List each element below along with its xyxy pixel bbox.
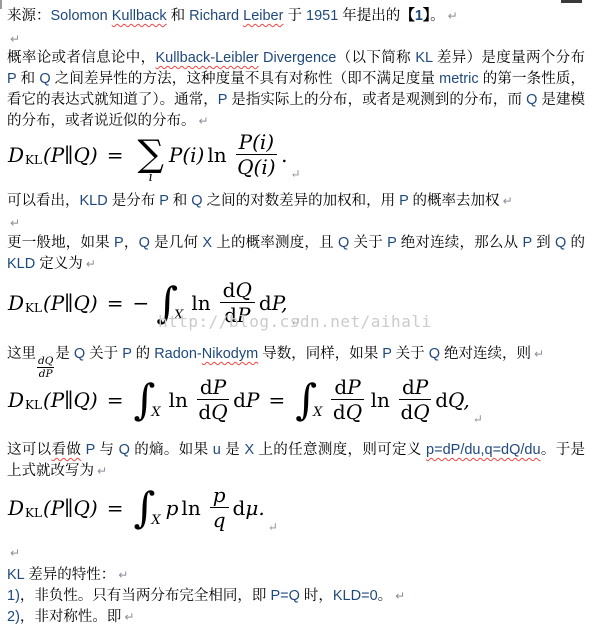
text-run: 差异）是度量两个分布	[433, 50, 586, 66]
text-run: 关于	[85, 346, 122, 362]
differential-d: d	[233, 388, 246, 412]
denominator: Q(i)	[237, 155, 275, 178]
formula-kld-discrete: DKL(P∥Q) = ∑ i P(i) ln P(i) Q(i) . ↵	[8, 131, 301, 178]
math-args: (P∥Q)	[43, 143, 98, 167]
differential-term: dQ,	[435, 388, 470, 412]
text-before-fraction: 这里	[7, 346, 36, 362]
integral-symbol: ∫ X	[133, 485, 164, 531]
text-run: Richard	[189, 8, 243, 24]
pilcrow-mark: ↵	[199, 114, 209, 128]
text-run: 之间的对数差异的加权和，用	[203, 193, 400, 209]
ln-operator: ln	[207, 143, 226, 167]
numerator: p	[210, 484, 229, 508]
differential-term: dμ.	[233, 496, 265, 520]
text-run: 与	[95, 442, 119, 458]
text-run: 和	[16, 71, 39, 87]
text-run: p=dP/du,q=dQ/du	[426, 442, 541, 458]
text-run: P	[218, 92, 227, 108]
integral-domain: X	[151, 405, 160, 420]
math-term: P(i)	[169, 143, 204, 167]
equals-sign: =	[107, 388, 124, 412]
differential-d: d	[333, 400, 346, 424]
fraction: p q	[210, 484, 229, 531]
math-sub-KL: KL	[25, 398, 42, 412]
text-run: 的	[132, 346, 155, 362]
ln-operator: ln	[191, 291, 210, 315]
paragraph-weighted-sum: 可以看出，KLD 是分布 P 和 Q 之间的对数差异的加权和，用 P 的概率去加…	[7, 191, 585, 212]
math-sub-KL: KL	[25, 301, 42, 315]
pilcrow-mark: ↵	[10, 32, 20, 46]
numerator-var: P	[415, 375, 428, 399]
math-args: (P∥Q)	[43, 291, 98, 315]
text-run: P	[122, 346, 131, 362]
word-document-page: 来源：Solomon Kullback 和 Richard Leiber 于 1…	[0, 0, 589, 629]
text-run: 和	[169, 193, 192, 209]
text-run: u	[213, 442, 221, 458]
text-run: 是	[221, 442, 245, 458]
pilcrow-mark: ↵	[534, 347, 544, 361]
text-run: KL	[7, 567, 24, 583]
window-edge-fragment	[561, 0, 582, 3]
sum-symbol: ∑ i	[137, 137, 163, 184]
text-run: X	[202, 235, 212, 251]
pilcrow-mark: ↵	[268, 520, 278, 534]
pilcrow-mark: ↵	[473, 412, 483, 426]
denominator: q	[213, 508, 226, 531]
text-run: 1951	[306, 8, 338, 24]
fraction: dP dQ	[399, 376, 431, 423]
text-run: P	[522, 235, 531, 251]
pilcrow-mark: ↵	[97, 464, 107, 478]
numerator: dQ	[220, 279, 255, 303]
math-term: p	[166, 496, 179, 520]
numerator-var: Q	[235, 278, 251, 302]
denominator: dQ	[400, 400, 429, 423]
equals-sign: =	[107, 143, 124, 167]
text-run: 这可以	[7, 442, 52, 458]
text-run: P=Q	[270, 588, 299, 604]
pilcrow-mark: ↵	[86, 257, 96, 271]
inline-numerator: dQ	[37, 356, 54, 368]
denominator-var: Q	[413, 400, 429, 424]
text-run: 。	[378, 588, 393, 604]
denominator-var: Q	[211, 400, 227, 424]
text-run: 定义为	[35, 256, 83, 272]
paragraph-source: 来源：Solomon Kullback 和 Richard Leiber 于 1…	[7, 6, 585, 27]
text-run: 是分布	[108, 193, 160, 209]
text-run: 之间差异性的方法，这种度量不具有对称性（即不满足度量	[51, 71, 440, 87]
text-run: 的	[566, 235, 585, 251]
empty-paragraph: ↵	[7, 213, 585, 234]
text-run: 到	[532, 235, 555, 251]
differential-d: d	[223, 278, 236, 302]
text-run: P	[159, 193, 168, 209]
pilcrow-mark: ↵	[124, 610, 134, 624]
text-run: 关于	[349, 235, 387, 251]
text-run: 导数，同样，如果	[258, 346, 382, 362]
text-run: 更一般地，如果	[7, 235, 114, 251]
text-run: 概率论或者信息论中，	[7, 50, 155, 66]
differential-d: d	[400, 400, 413, 424]
formula-kld-integral-double: DKL(P∥Q) = ∫ X ln dP dQ dP = ∫ X dP dQ l…	[8, 376, 483, 423]
text-run: Nikodym	[202, 346, 258, 362]
math-sub-KL: KL	[25, 153, 42, 167]
text-run: Solomon	[51, 8, 112, 24]
text-run: Q	[74, 346, 85, 362]
equals-sign: =	[107, 291, 124, 315]
text-run: 上的任意测度，则可定义	[254, 442, 426, 458]
paragraph-property-1: 1)，非负性。只有当两分布完全相同，即 P=Q 时，KLD=0。↵	[7, 586, 585, 607]
text-after-fraction: 是 Q 关于 P 的 Radon-Nikodym 导数，同样，如果 P 关于 Q…	[55, 346, 544, 362]
pilcrow-mark: ↵	[448, 9, 458, 23]
math-D: D	[8, 143, 24, 167]
text-run: 。	[430, 8, 445, 24]
text-run: 【	[400, 8, 415, 24]
text-run: KLD	[7, 256, 35, 272]
page-edge-fragment-left	[0, 0, 2, 9]
text-run: （以下简称	[336, 50, 415, 66]
numerator-var: P	[213, 375, 226, 399]
text-run: ，非对称性。即	[20, 609, 122, 625]
math-args: (P∥Q)	[43, 388, 98, 412]
differential-d: d	[198, 400, 211, 424]
ln-operator: ln	[371, 388, 390, 412]
text-run: Q	[338, 235, 349, 251]
math-args: (P∥Q)	[43, 496, 98, 520]
fraction: P(i) Q(i)	[236, 131, 277, 178]
text-run: metric	[439, 71, 478, 87]
text-run: Divergence	[259, 50, 337, 66]
denominator: dQ	[198, 400, 227, 423]
text-run: KL	[415, 50, 432, 66]
text-run: 绝对连续，那么从	[397, 235, 523, 251]
text-run: 年提出的	[338, 8, 400, 24]
math-D: D	[8, 291, 24, 315]
ln-operator: ln	[181, 496, 200, 520]
numerator: dP	[331, 376, 363, 400]
formula-kld-density: DKL(P∥Q) = ∫ X p ln p q dμ. ↵	[8, 484, 278, 531]
pilcrow-mark: ↵	[118, 568, 128, 582]
minus-sign: −	[132, 291, 149, 315]
text-run: 于	[283, 8, 306, 24]
sum-index: i	[149, 171, 153, 184]
text-run: P	[114, 235, 124, 251]
pilcrow-mark: ↵	[503, 194, 513, 208]
differential-d: d	[200, 375, 213, 399]
numerator: dP	[399, 376, 431, 400]
text-run: Q	[429, 346, 440, 362]
text-run: Leiber	[243, 8, 283, 24]
text-run: KLD	[80, 193, 108, 209]
integral-symbol: ∫ X	[295, 377, 326, 423]
differential-d: d	[259, 291, 272, 315]
text-run: Q	[526, 92, 537, 108]
text-run: 上的概率测度，且	[212, 235, 338, 251]
differential-d: d	[435, 388, 448, 412]
paragraph-entropy: 这可以看做 P 与 Q 的熵。如果 u 是 X 上的任意测度，则可定义 p=dP…	[7, 440, 585, 482]
period: .	[281, 143, 287, 167]
text-run: 是	[55, 346, 74, 362]
paragraph-property-2: 2)，非对称性。即↵	[7, 607, 585, 628]
integral-domain: X	[151, 513, 160, 528]
text-run: Q	[39, 71, 50, 87]
math-D: D	[8, 496, 24, 520]
integral-symbol: ∫ X	[133, 377, 164, 423]
paragraph-properties-heading: KL 差异的特性：↵	[7, 565, 585, 586]
text-run: 来源：	[7, 8, 51, 24]
text-run: Q	[191, 193, 202, 209]
text-run: 这里	[7, 346, 36, 362]
text-run: Kullback-Leibler	[155, 50, 258, 66]
differential-term: dP,	[259, 291, 288, 315]
text-run: 的概率去加权	[409, 193, 500, 209]
math-sub-KL: KL	[25, 506, 42, 520]
text-run: P	[7, 71, 16, 87]
text-run: P	[399, 193, 408, 209]
text-run: Kullback	[112, 8, 167, 24]
text-run: 关于	[392, 346, 429, 362]
text-run: 1)	[7, 588, 20, 604]
text-run: Q	[119, 442, 130, 458]
text-run: P	[382, 346, 391, 362]
paragraph-intro: 概率论或者信息论中，Kullback-Leibler Divergence（以下…	[7, 48, 585, 132]
pilcrow-mark: ↵	[290, 167, 300, 181]
text-run: 2)	[7, 609, 20, 625]
text-run: 差异的特性：	[24, 567, 115, 583]
equals-sign: =	[107, 496, 124, 520]
empty-paragraph: ↵	[7, 543, 585, 564]
differential-d: d	[402, 375, 415, 399]
differential-term: dP	[233, 388, 259, 412]
text-run: 看做	[52, 442, 82, 458]
fraction: dP dQ	[331, 376, 363, 423]
denominator: dQ	[333, 400, 362, 423]
text-run: 是指实际上的分布，或者是观测到的分布，而	[227, 92, 526, 108]
numerator-var: P	[347, 375, 360, 399]
text-run: Radon-	[154, 346, 202, 362]
pilcrow-mark: ↵	[395, 589, 405, 603]
math-D: D	[8, 388, 24, 412]
fraction: dP dQ	[197, 376, 229, 423]
text-run: ，	[124, 235, 139, 251]
term-var: P,	[272, 291, 288, 315]
text-run: P	[387, 235, 396, 251]
text-run: 是几何	[150, 235, 203, 251]
text-run: 和	[167, 8, 190, 24]
csdn-watermark: http://blog.csdn.net/aihali	[158, 312, 432, 331]
numerator: dP	[197, 376, 229, 400]
text-run: 的熵。如果	[130, 442, 213, 458]
paragraph-general-measure: 更一般地，如果 P，Q 是几何 X 上的概率测度，且 Q 关于 P 绝对连续，那…	[7, 233, 585, 275]
differential-d: d	[334, 375, 347, 399]
text-run: X	[244, 442, 254, 458]
text-run: 1	[415, 8, 423, 24]
equals-sign: =	[268, 388, 285, 412]
pilcrow-mark: ↵	[10, 216, 20, 230]
pilcrow-mark: ↵	[10, 546, 20, 560]
text-run: Q	[139, 235, 150, 251]
sigma-glyph: ∑	[137, 137, 163, 171]
term-var: μ.	[245, 496, 264, 520]
denominator-var: Q	[346, 400, 362, 424]
text-run: ，非负性。只有当两分布完全相同，即	[20, 588, 271, 604]
text-run: 时，	[300, 588, 333, 604]
ln-operator: ln	[169, 388, 188, 412]
empty-paragraph: ↵	[7, 29, 585, 50]
term-var: Q,	[448, 388, 470, 412]
text-run: P	[86, 442, 95, 458]
text-run: 绝对连续，则	[440, 346, 531, 362]
text-run: 可以看出，	[7, 193, 80, 209]
integral-domain: X	[313, 405, 322, 420]
numerator: P(i)	[236, 131, 277, 155]
text-run: Q	[555, 235, 566, 251]
text-run: KLD=0	[333, 588, 378, 604]
term-var: P	[246, 388, 259, 412]
differential-d: d	[233, 496, 246, 520]
